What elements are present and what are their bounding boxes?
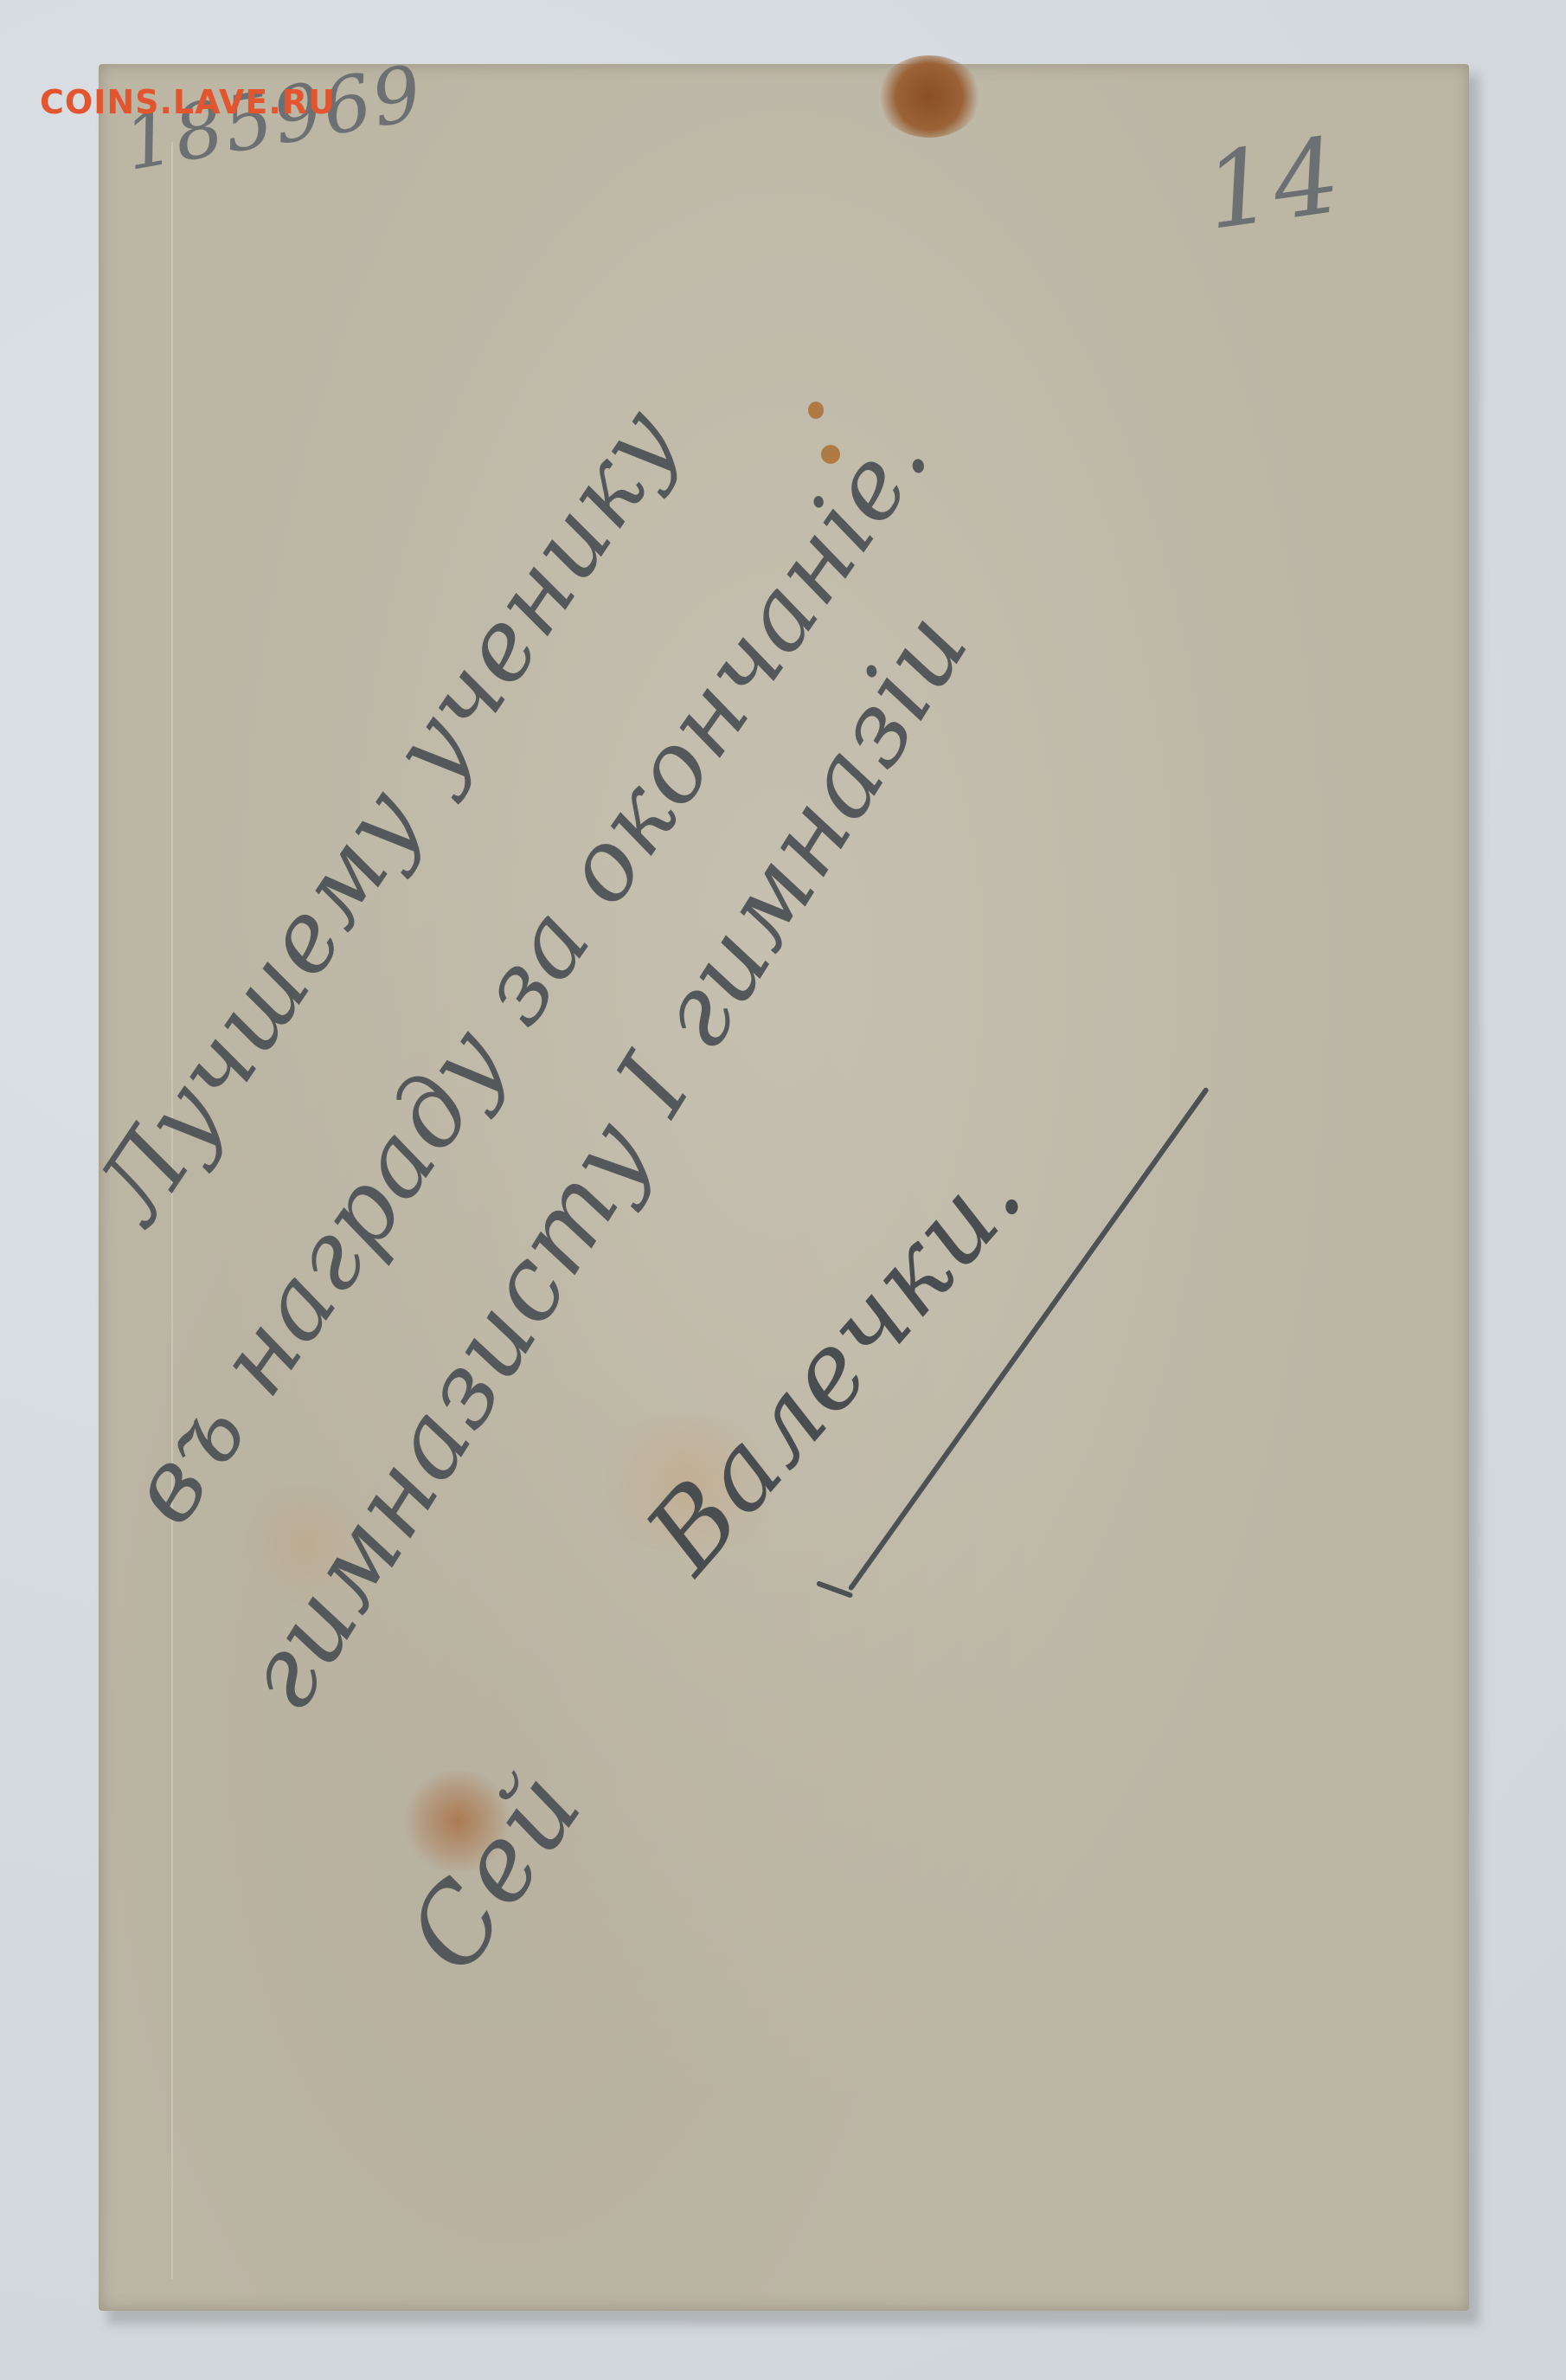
- corner-mark: 14: [1198, 116, 1350, 254]
- site-watermark: COINS.LAVE.RU: [40, 83, 336, 121]
- small-spot: [808, 402, 824, 419]
- photo-card-back: 185969 14 Лучшему ученику въ награду за …: [99, 64, 1469, 2311]
- rust-stain-top: [877, 55, 981, 138]
